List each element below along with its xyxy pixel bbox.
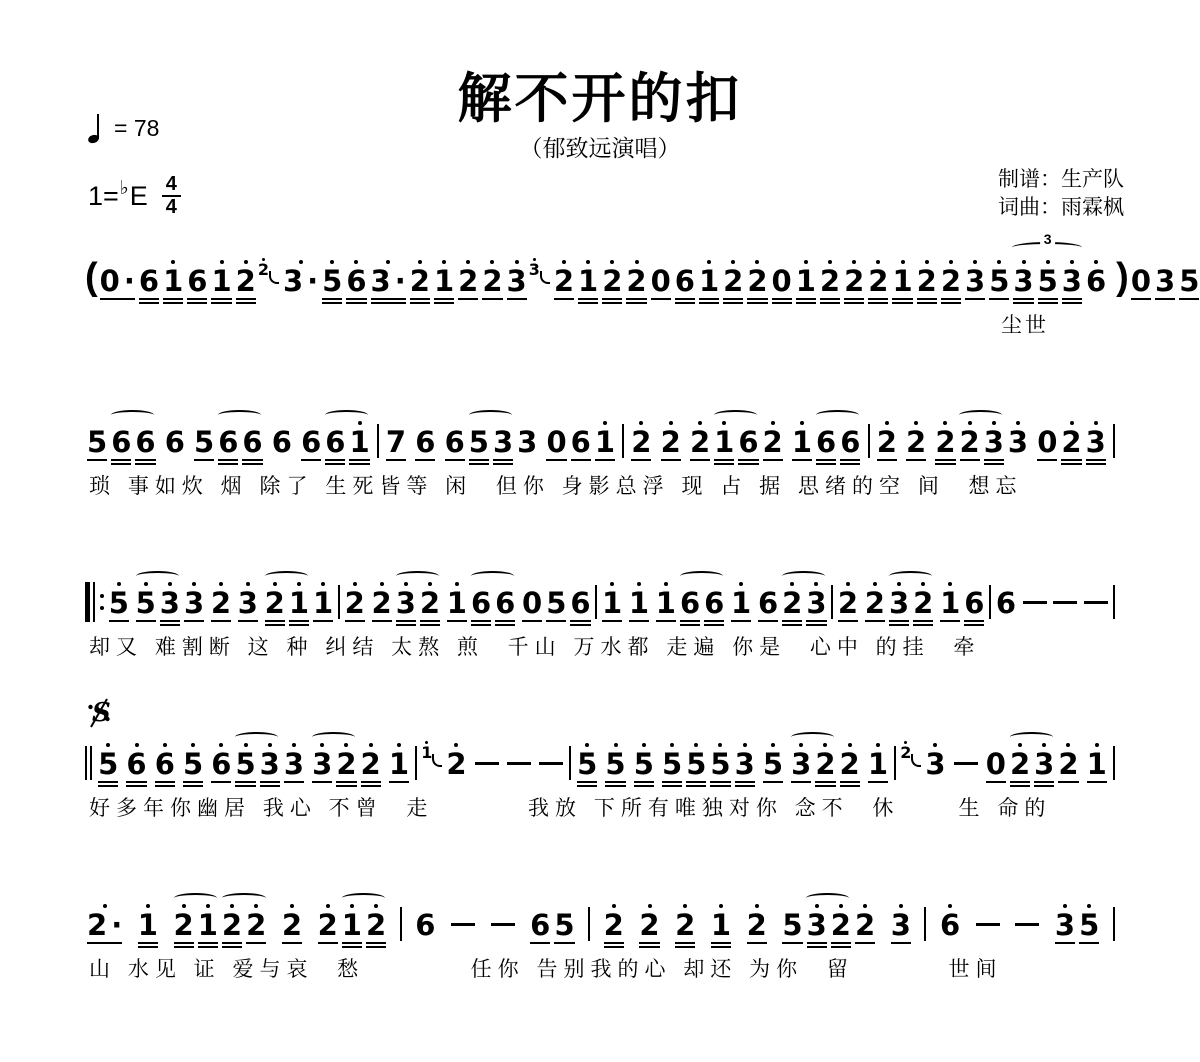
slur-arc (342, 893, 385, 903)
quarter-note-icon (88, 112, 104, 144)
dash-note (976, 923, 1000, 926)
note-number: 2 (458, 266, 478, 296)
note: 2 (552, 255, 576, 305)
beam-line (735, 785, 755, 787)
note: 3 (236, 577, 260, 627)
note-digit: 3 (1055, 910, 1075, 940)
beam-line (160, 624, 180, 626)
beam-line (160, 620, 180, 622)
note-group: 2 (836, 577, 860, 627)
note: 6 (814, 416, 838, 466)
note-digit: 6 (964, 588, 984, 618)
note-group: 2 (745, 899, 769, 949)
note-digit: 6 (325, 427, 345, 457)
beam-row (495, 618, 515, 627)
beam-row (98, 779, 118, 788)
note-digit: 2 (336, 749, 356, 779)
note-digit: 5 (546, 588, 566, 618)
note: 0 (770, 255, 794, 305)
note: 2 (234, 255, 258, 305)
note-number: 1 (313, 588, 333, 618)
beam-line (126, 781, 146, 783)
beam-row (965, 296, 985, 305)
note-number: 5 (662, 749, 682, 779)
grace-note: 2 (900, 738, 911, 766)
beam-line (1155, 298, 1175, 300)
note: 3 (182, 577, 206, 627)
beam-line (772, 298, 792, 300)
beam-line (98, 781, 118, 783)
note-number: 3 (1008, 427, 1028, 457)
note-group: 211 (263, 577, 336, 627)
beam-row (792, 457, 812, 466)
note-digit: 6 (816, 427, 836, 457)
dash-note (475, 762, 499, 765)
note: 2 (813, 738, 837, 788)
beam-line (372, 620, 392, 622)
note-number: 0 (522, 588, 542, 618)
note-digit: 3 (984, 427, 1004, 457)
note-digit: 2 (747, 266, 767, 296)
beam-line (840, 785, 860, 787)
note: 2 (172, 899, 196, 949)
beam-row (415, 940, 435, 949)
beam-line (892, 298, 912, 300)
note-digit: 6 (301, 427, 321, 457)
grace-note: 2 (258, 255, 269, 283)
note-digit: 1 (711, 910, 731, 940)
note-group: 1 (709, 899, 733, 949)
bar-line (415, 746, 417, 780)
note: 6 (736, 416, 760, 466)
beam-line (87, 942, 122, 944)
performer-subtitle: （郁致远演唱） (0, 130, 1200, 163)
note: 1 (697, 255, 721, 305)
beam-row (318, 940, 338, 949)
note-group: 2162 (688, 416, 785, 466)
beam-line (578, 298, 598, 300)
note-digit: 5 (710, 749, 730, 779)
note-digit: 2 (626, 266, 646, 296)
augmentation-dot: · (124, 266, 135, 296)
beam-line (1038, 302, 1058, 304)
note: 2 (939, 255, 963, 305)
beam-line (469, 459, 489, 461)
note-digit: 3 (283, 266, 303, 296)
beam-line (816, 459, 836, 461)
beam-row (651, 296, 671, 305)
beam-row (313, 618, 333, 627)
note-number: 1 (940, 588, 960, 618)
note-digit: 1 (629, 588, 649, 618)
beam-line (782, 942, 802, 944)
note: 6 (323, 416, 347, 466)
note-digit: 2 (604, 910, 624, 940)
note-digit: 6 (680, 588, 700, 618)
note: 6 (413, 416, 437, 466)
note: 2 (911, 577, 935, 627)
note-number: 2 (366, 910, 386, 940)
note: 6 (1084, 255, 1108, 305)
note: 2 (866, 255, 890, 305)
note: 1 (387, 738, 411, 788)
beam-row (806, 618, 826, 627)
beam-row (935, 457, 955, 466)
beam-line (139, 298, 159, 300)
augmentation-dot: · (307, 266, 318, 296)
beam-line (366, 946, 386, 948)
note-number: 3 (891, 910, 911, 940)
beam-row (529, 277, 540, 283)
beam-row (906, 457, 926, 466)
bar-line (831, 585, 833, 619)
slur-arc (469, 410, 512, 420)
beam-line (289, 620, 309, 622)
note: 2 (818, 255, 842, 305)
beam-line (940, 620, 960, 622)
beam-row (554, 296, 574, 305)
note-group: 6 (413, 416, 437, 466)
note-digit: 2 (446, 749, 466, 779)
note-group: 3533 (1011, 255, 1084, 305)
note: 5 (708, 738, 732, 788)
beam-line (891, 942, 911, 944)
beam-row (796, 296, 816, 305)
note: 2 (915, 255, 939, 305)
note-digit: 2 (917, 266, 937, 296)
beam-line (758, 620, 778, 622)
note: 5 (233, 738, 257, 788)
note-number: 7 (386, 427, 406, 457)
beam-row (1086, 296, 1106, 305)
note-digit: 3 (806, 588, 826, 618)
beam-line (349, 459, 369, 461)
note: 1 (709, 899, 733, 949)
note: 2 (280, 899, 304, 949)
beam-line (1061, 463, 1081, 465)
beam-row (816, 457, 836, 466)
beam-line (964, 620, 984, 622)
beam-line (98, 785, 118, 787)
beam-row (546, 457, 566, 466)
beam-line (820, 302, 840, 304)
note-digit: 3 (371, 266, 391, 296)
beam-row (410, 296, 430, 305)
note-digit: 6 (111, 427, 131, 457)
beam-row (160, 618, 180, 627)
beam-line (917, 298, 937, 300)
note-group: 32 (529, 255, 576, 305)
note-group: 035 (1129, 255, 1200, 305)
note: 5 (1036, 255, 1060, 305)
note-group: 6 (994, 577, 1018, 627)
beam-row (782, 618, 802, 627)
beam-line (87, 459, 107, 461)
note-number: 5 (1179, 266, 1199, 296)
note-number: 5 (989, 266, 1009, 296)
beam-line (507, 298, 527, 300)
beam-row (345, 618, 365, 627)
note: 5 (320, 255, 344, 305)
beam-row (1155, 296, 1175, 305)
beam-line (1038, 298, 1058, 300)
note-number: 1 (656, 588, 676, 618)
beam-row (941, 296, 961, 305)
note: 3 (804, 577, 828, 627)
note-group: 166 (790, 416, 863, 466)
beam-row (415, 457, 435, 466)
beam-line (313, 620, 333, 622)
beam-row (889, 618, 909, 627)
note-digit: 5 (469, 427, 489, 457)
note-number: 6 (758, 588, 778, 618)
note-digit: 2 (831, 910, 851, 940)
beam-row (763, 779, 783, 788)
repeat-dots (100, 594, 104, 610)
note-group: 2 (659, 416, 683, 466)
note-number: 3 (735, 749, 755, 779)
note: 0 (544, 416, 568, 466)
note-number: 5 (1079, 910, 1099, 940)
note-group: 35 (963, 255, 1011, 305)
note: 5 (684, 738, 708, 788)
beam-row (322, 296, 342, 305)
note-number: 2 (1010, 749, 1030, 779)
note: 2 (761, 416, 785, 466)
note-number: 1 (792, 427, 812, 457)
note-group: 5 (632, 738, 656, 788)
beam-line (187, 302, 207, 304)
note: 6 (299, 416, 323, 466)
note-number: 2 (906, 427, 926, 457)
note-number: 2 (174, 910, 194, 940)
note-digit: 3 (1086, 427, 1106, 457)
beam-row (238, 618, 258, 627)
note-number: 6 (675, 266, 695, 296)
note-group: 061 (649, 255, 722, 305)
note-number: 6 (471, 588, 491, 618)
bar-line (1113, 907, 1115, 941)
beam-line (336, 781, 356, 783)
note-digit: 2 (410, 266, 430, 296)
grace-hook-icon (432, 754, 442, 767)
beam-line (183, 781, 203, 783)
note-number: 5 (469, 427, 489, 457)
beam-row (372, 618, 392, 627)
note-number: 6 (704, 588, 724, 618)
note-digit: 2 (282, 910, 302, 940)
repeat-thick-line (85, 582, 90, 622)
beam-line (1010, 781, 1030, 783)
beam-line (198, 942, 218, 944)
beam-line (434, 302, 454, 304)
beam-line (109, 620, 129, 622)
note-number: 2 (723, 266, 743, 296)
note-number: 5 (136, 588, 156, 618)
beam-row (602, 296, 622, 305)
beam-line (236, 302, 256, 304)
bar-line (924, 907, 926, 941)
beam-line (211, 302, 231, 304)
dash-note (539, 762, 563, 765)
note-group: 232 (863, 577, 936, 627)
note-digit: 6 (758, 588, 778, 618)
beam-line (349, 463, 369, 465)
beam-row (445, 457, 465, 466)
beam-line (577, 781, 597, 783)
slur-arc (714, 410, 757, 420)
beam-line (662, 781, 682, 783)
note-digit: 6 (495, 588, 515, 618)
note-number: 1 (389, 749, 409, 779)
beam-line (634, 781, 654, 783)
grace-note: 1 (421, 738, 432, 766)
beam-line (675, 302, 695, 304)
note: 3· (281, 255, 320, 305)
beam-line (675, 298, 695, 300)
beam-line (626, 302, 646, 304)
note-number: 5 (782, 910, 802, 940)
note-group: 3 (236, 577, 260, 627)
beam-row (187, 296, 207, 305)
beam-row (325, 457, 345, 466)
slur-arc (680, 571, 723, 581)
note-number: 2 (831, 910, 851, 940)
beam-row (571, 457, 591, 466)
page-title: 解不开的扣 (0, 56, 1200, 133)
bar-line (588, 907, 590, 941)
note-number: 2 (602, 266, 622, 296)
note-number: 6 (139, 266, 159, 296)
note-digit: 0 (986, 749, 1006, 779)
beam-line (1062, 302, 1082, 304)
note-number: 2 (855, 910, 875, 940)
note-group: 1 (866, 738, 890, 788)
note: 3 (887, 577, 911, 627)
note: 1 (161, 255, 185, 305)
note-number: 2 (763, 427, 783, 457)
beam-line (631, 459, 651, 461)
note-number: 2 (482, 266, 502, 296)
beam-row (675, 940, 695, 949)
beam-line (184, 620, 204, 622)
beam-row (458, 296, 478, 305)
note-number: 5 (183, 749, 203, 779)
note-number: 2 (675, 910, 695, 940)
beam-line (174, 946, 194, 948)
note-digit: 2 (1058, 749, 1078, 779)
music-system-3: 55332321122321660561116616232232166 却又 难… (85, 578, 1115, 661)
note-digit: 3 (1008, 427, 1028, 457)
beam-line (816, 463, 836, 465)
note-number: 2 (258, 262, 269, 277)
note-number: 1 (434, 266, 454, 296)
slur-arc (222, 893, 266, 903)
note-number: 5 (87, 427, 107, 457)
beam-line (282, 942, 302, 944)
beam-row (1087, 779, 1107, 788)
note-digit: 0 (546, 427, 566, 457)
beam-row (807, 940, 827, 949)
beam-line (260, 785, 280, 787)
key-time-signature: 1=♭E 4 4 (88, 174, 181, 218)
note-digit: 6 (471, 588, 491, 618)
note-number: 1 (447, 588, 467, 618)
note-digit: 2 (211, 588, 231, 618)
note: 6 (124, 738, 148, 788)
beam-line (964, 624, 984, 626)
note-digit: 1 (349, 427, 369, 457)
beam-row (605, 779, 625, 788)
note-digit: 1 (1087, 749, 1107, 779)
note-number: 1 (602, 588, 622, 618)
beam-row (183, 779, 203, 788)
note-group: 563· (320, 255, 408, 305)
note-group: 2 (875, 416, 899, 466)
note-group: 061 (544, 416, 617, 466)
beam-row (711, 940, 731, 949)
beam-line (495, 620, 515, 622)
beam-row (530, 940, 550, 949)
music-line-3: 55332321122321660561116616232232166 (85, 578, 1115, 626)
beam-line (222, 946, 242, 948)
note-digit: 1 (868, 749, 888, 779)
note: 6 (137, 255, 161, 305)
beam-line (322, 298, 342, 300)
beam-line (194, 459, 214, 461)
note-digit: 6 (242, 427, 262, 457)
note-number: 3 (1055, 910, 1075, 940)
beam-line (714, 459, 734, 461)
beam-line (493, 459, 513, 461)
note-number: 2 (446, 749, 466, 779)
note-digit: 2 (661, 427, 681, 457)
note: 6 (153, 738, 177, 788)
note-number: 1 (342, 910, 362, 940)
note-number: 2 (554, 266, 574, 296)
beam-line (815, 785, 835, 787)
beam-line (183, 785, 203, 787)
note-number: 6 (415, 427, 435, 457)
beam-line (711, 946, 731, 948)
note-digit: 3 (184, 588, 204, 618)
note-digit: 0 (1037, 427, 1057, 457)
note-number: 5 (546, 588, 566, 618)
note-digit: 3 (1034, 749, 1054, 779)
note-group: 2 (209, 577, 233, 627)
note: 6 (702, 577, 726, 627)
beam-line (763, 781, 783, 783)
note-digit: 2 (844, 266, 864, 296)
note: 0 (984, 738, 1008, 788)
note-number: 0 (546, 427, 566, 457)
note-digit: 1 (656, 588, 676, 618)
beam-line (420, 624, 440, 626)
beam-line (686, 785, 706, 787)
music-system-2: 56665666661766533061222162166222233023 琐… (85, 417, 1115, 500)
note: 2 (1008, 738, 1032, 788)
note-number: 3 (493, 427, 513, 457)
note-digit: 2 (372, 588, 392, 618)
dash-note (1053, 601, 1077, 604)
beam-row (469, 457, 489, 466)
note-digit: 5 (109, 588, 129, 618)
beam-line (289, 624, 309, 626)
beam-row (389, 779, 409, 788)
beam-line (840, 459, 860, 461)
beam-line (458, 298, 478, 300)
beam-line (342, 946, 362, 948)
